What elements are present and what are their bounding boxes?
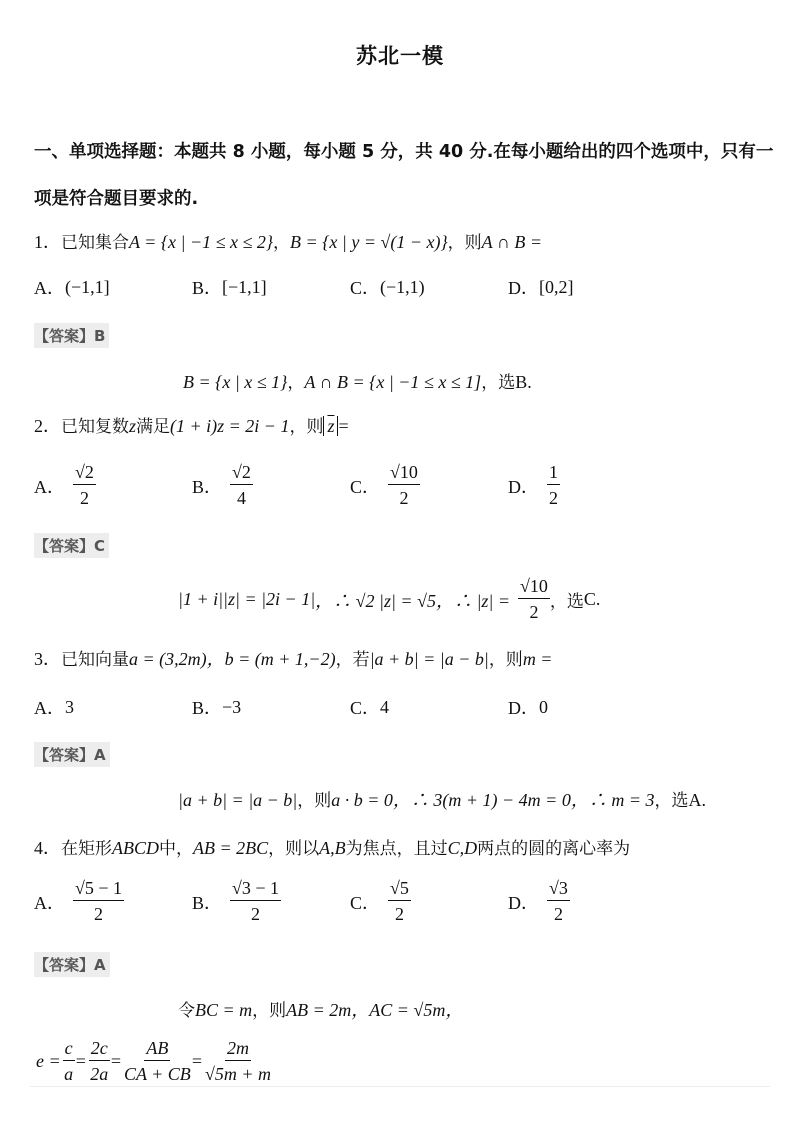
option-c: C．√52: [350, 876, 411, 927]
question-1-stem: 1．已知集合A = {x | −1 ≤ x ≤ 2}，B = {x | y = …: [34, 228, 542, 254]
solution-4-line-2: e = ca = 2c2a = ABCA + CB = 2m√5m + m: [36, 1036, 271, 1087]
question-number: 3．: [34, 649, 61, 669]
answer-badge-2: 【答案】C: [34, 533, 109, 558]
option-a: A．3: [34, 694, 74, 720]
solution-4-line-1: 令BC = m，则AB = 2m，AC = √5m，: [178, 996, 463, 1022]
question-2-options: A．√22 B．√24 C．√102 D．12: [34, 460, 774, 520]
option-c: C．4: [350, 694, 389, 720]
section-heading-line-2: 项是符合题目要求的.: [34, 185, 198, 210]
option-d: D．√32: [508, 876, 570, 927]
question-4-options: A．√5 − 12 B．√3 − 12 C．√52 D．√32: [34, 876, 774, 936]
option-a: A．√5 − 12: [34, 876, 124, 927]
option-b: B．−3: [192, 694, 241, 720]
option-c: C．(−1,1): [350, 274, 425, 300]
option-b: B．√24: [192, 460, 253, 511]
question-2-stem: 2．已知复数z满足(1 + i)z = 2i − 1，则z=: [34, 412, 349, 438]
option-a: A．(−1,1]: [34, 274, 110, 300]
solution-3: |a + b| = |a − b|，则a · b = 0，∴ 3(m + 1) …: [178, 786, 706, 812]
option-d: D．12: [508, 460, 560, 511]
solution-2: |1 + i||z| = |2i − 1|，∴ √2 |z| = √5，∴ |z…: [178, 574, 600, 625]
answer-badge-3: 【答案】A: [34, 742, 110, 767]
answer-badge-4: 【答案】A: [34, 952, 110, 977]
option-b: B．[−1,1]: [192, 274, 267, 300]
question-number: 2．: [34, 416, 61, 436]
option-a: A．√22: [34, 460, 96, 511]
option-d: D．0: [508, 694, 548, 720]
option-d: D．[0,2]: [508, 274, 574, 300]
page-bottom-divider: [30, 1086, 770, 1087]
solution-1: B = {x | x ≤ 1}，A ∩ B = {x | −1 ≤ x ≤ 1]…: [183, 368, 532, 393]
option-c: C．√102: [350, 460, 420, 511]
answer-badge-1: 【答案】B: [34, 323, 109, 348]
section-heading-line-1: 一、单项选择题：本题共 8 小题，每小题 5 分，共 40 分.在每小题给出的四…: [34, 138, 773, 163]
question-3-stem: 3．已知向量a = (3,2m)，b = (m + 1,−2)，若|a + b|…: [34, 645, 552, 671]
page-title: 苏北一模: [0, 40, 800, 70]
question-number: 1．: [34, 232, 61, 252]
question-1-options: A．(−1,1] B．[−1,1] C．(−1,1) D．[0,2]: [34, 274, 774, 334]
option-b: B．√3 − 12: [192, 876, 281, 927]
question-number: 4．: [34, 838, 61, 858]
question-3-options: A．3 B．−3 C．4 D．0: [34, 694, 774, 754]
question-4-stem: 4．在矩形ABCD中，AB = 2BC，则以A,B为焦点，且过C,D两点的圆的离…: [34, 834, 630, 860]
